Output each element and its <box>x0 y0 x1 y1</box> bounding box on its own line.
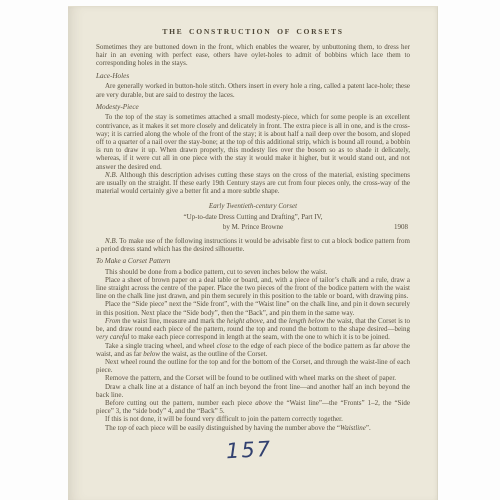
paragraph: Draw a chalk line at a distance of half … <box>96 383 410 399</box>
paragraph: If this is not done, it will be found ve… <box>96 415 410 423</box>
paragraph: Next wheel round the outline for the top… <box>96 358 410 374</box>
paragraph: “Up-to-date Dress Cutting and Drafting”,… <box>96 213 410 221</box>
paragraph: To the top of the stay is sometimes atta… <box>96 113 410 170</box>
handwritten-page-number: 157 <box>225 437 272 463</box>
paragraph: Place a sheet of brown paper on a deal t… <box>96 276 410 301</box>
running-head: THE CONSTRUCTION OF CORSETS <box>96 27 410 36</box>
paragraph: N.B. Although this description advises c… <box>96 171 410 196</box>
scanned-book-page: { "document": { "header": "THE CONSTRUCT… <box>0 0 500 500</box>
section-heading: To Make a Corset Pattern <box>96 257 410 265</box>
paragraph: Place the “Side piece” next the “Side fr… <box>96 300 410 316</box>
paragraph: Take a single tracing wheel, and wheel c… <box>96 342 410 358</box>
paragraph: Are generally worked in button-hole stit… <box>96 82 410 98</box>
paragraph: From the waist line, measure and mark th… <box>96 317 410 342</box>
paragraph: Sometimes they are buttoned down in the … <box>96 43 410 68</box>
paragraph: Early Twentieth-century Corset <box>96 202 410 210</box>
byline-year: 1908 <box>394 223 408 231</box>
page-text-block: THE CONSTRUCTION OF CORSETS Sometimes th… <box>68 7 437 432</box>
paragraph: Remove the pattern, and the Corset will … <box>96 374 410 382</box>
paragraph: The top of each piece will be easily dis… <box>96 424 410 432</box>
paragraph: N.B. To make use of the following instru… <box>96 237 410 253</box>
section-heading: Lace-Holes <box>96 72 410 80</box>
paragraph: Before cutting out the pattern, number e… <box>96 399 410 415</box>
paragraph: by M. Prince Browne1908 <box>96 223 410 231</box>
section-heading: Modesty-Piece <box>96 103 410 111</box>
paragraph: This should be done from a bodice patter… <box>96 268 410 276</box>
page-content: Sometimes they are buttoned down in the … <box>96 43 410 432</box>
book-page: THE CONSTRUCTION OF CORSETS Sometimes th… <box>68 6 438 500</box>
